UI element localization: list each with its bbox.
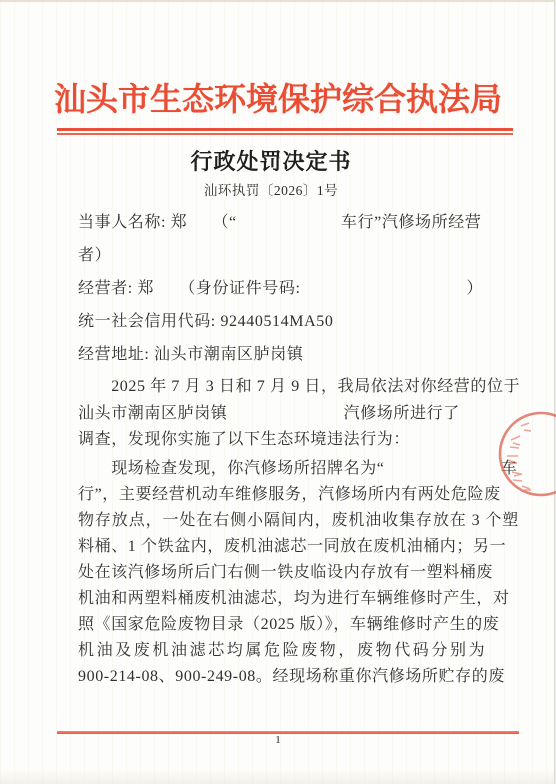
- info-line: 经营者: 郑 （身份证件号码: ）: [78, 272, 484, 305]
- info-line: 者）: [78, 239, 484, 272]
- info-line: 经营地址: 汕头市潮南区胪岗镇: [78, 338, 484, 371]
- official-seal-stamp: [497, 410, 556, 500]
- paragraph-line: 行”，主要经营机动车维修服务，汽修场所内有两处危险废: [78, 482, 484, 508]
- paragraph-line: 处在该汽修场所后门右侧一铁皮临设内存放有一塑料桶废: [78, 560, 484, 586]
- letterhead-agency-title: 汕头市生态环境保护综合执法局: [0, 74, 556, 120]
- paragraph-line: 900-214-08、900-249-08。经现场称重你汽修场所贮存的废: [78, 664, 484, 690]
- party-info-block: 当事人名称: 郑 （“ 车行”汽修场所经营 者） 经营者: 郑 （身份证件号码:…: [78, 206, 484, 371]
- paragraph-line: 机油及废机油滤芯均属危险废物，废物代码分别为: [78, 638, 484, 664]
- letterhead-double-rule: [57, 128, 513, 135]
- paragraph-line: 机油和两塑料桶废机油滤芯，均为进行车辆维修时产生，对: [78, 586, 484, 612]
- paragraph-line: 物存放点，一处在右侧小隔间内，废机油收集存放在 3 个塑: [78, 508, 484, 534]
- paragraph-line: 现场检查发现，你汽修场所招牌名为“ 车: [78, 456, 484, 482]
- paragraph-line: 2025 年 7 月 3 日和 7 月 9 日，我局依法对你经营的位于: [78, 374, 484, 401]
- info-line: 统一社会信用代码: 92440514MA50: [78, 305, 484, 338]
- scanned-document-page: 汕头市生态环境保护综合执法局 行政处罚决定书 汕环执罚〔2026〕1号 当事人名…: [0, 0, 555, 784]
- page-number: 1: [0, 734, 556, 746]
- document-number: 汕环执罚〔2026〕1号: [0, 179, 542, 199]
- paragraph-findings: 现场检查发现，你汽修场所招牌名为“ 车 行”，主要经营机动车维修服务，汽修场所内…: [78, 456, 484, 690]
- document-body: 当事人名称: 郑 （“ 车行”汽修场所经营 者） 经营者: 郑 （身份证件号码:…: [78, 206, 484, 690]
- paragraph-line: 调查，发现你实施了以下生态环境违法行为：: [78, 427, 484, 454]
- paragraph-line: 汕头市潮南区胪岗镇 汽修场所进行了: [78, 401, 484, 428]
- document-title: 行政处罚决定书: [0, 145, 542, 176]
- info-line: 当事人名称: 郑 （“ 车行”汽修场所经营: [78, 206, 484, 239]
- paragraph-investigation: 2025 年 7 月 3 日和 7 月 9 日，我局依法对你经营的位于 汕头市潮…: [78, 374, 484, 454]
- paragraph-line: 料桶、1 个铁盆内，废机油滤芯一同放在废机油桶内；另一: [78, 534, 484, 560]
- paragraph-line: 照《国家危险废物目录（2025 版）》，车辆维修时产生的废: [78, 612, 484, 638]
